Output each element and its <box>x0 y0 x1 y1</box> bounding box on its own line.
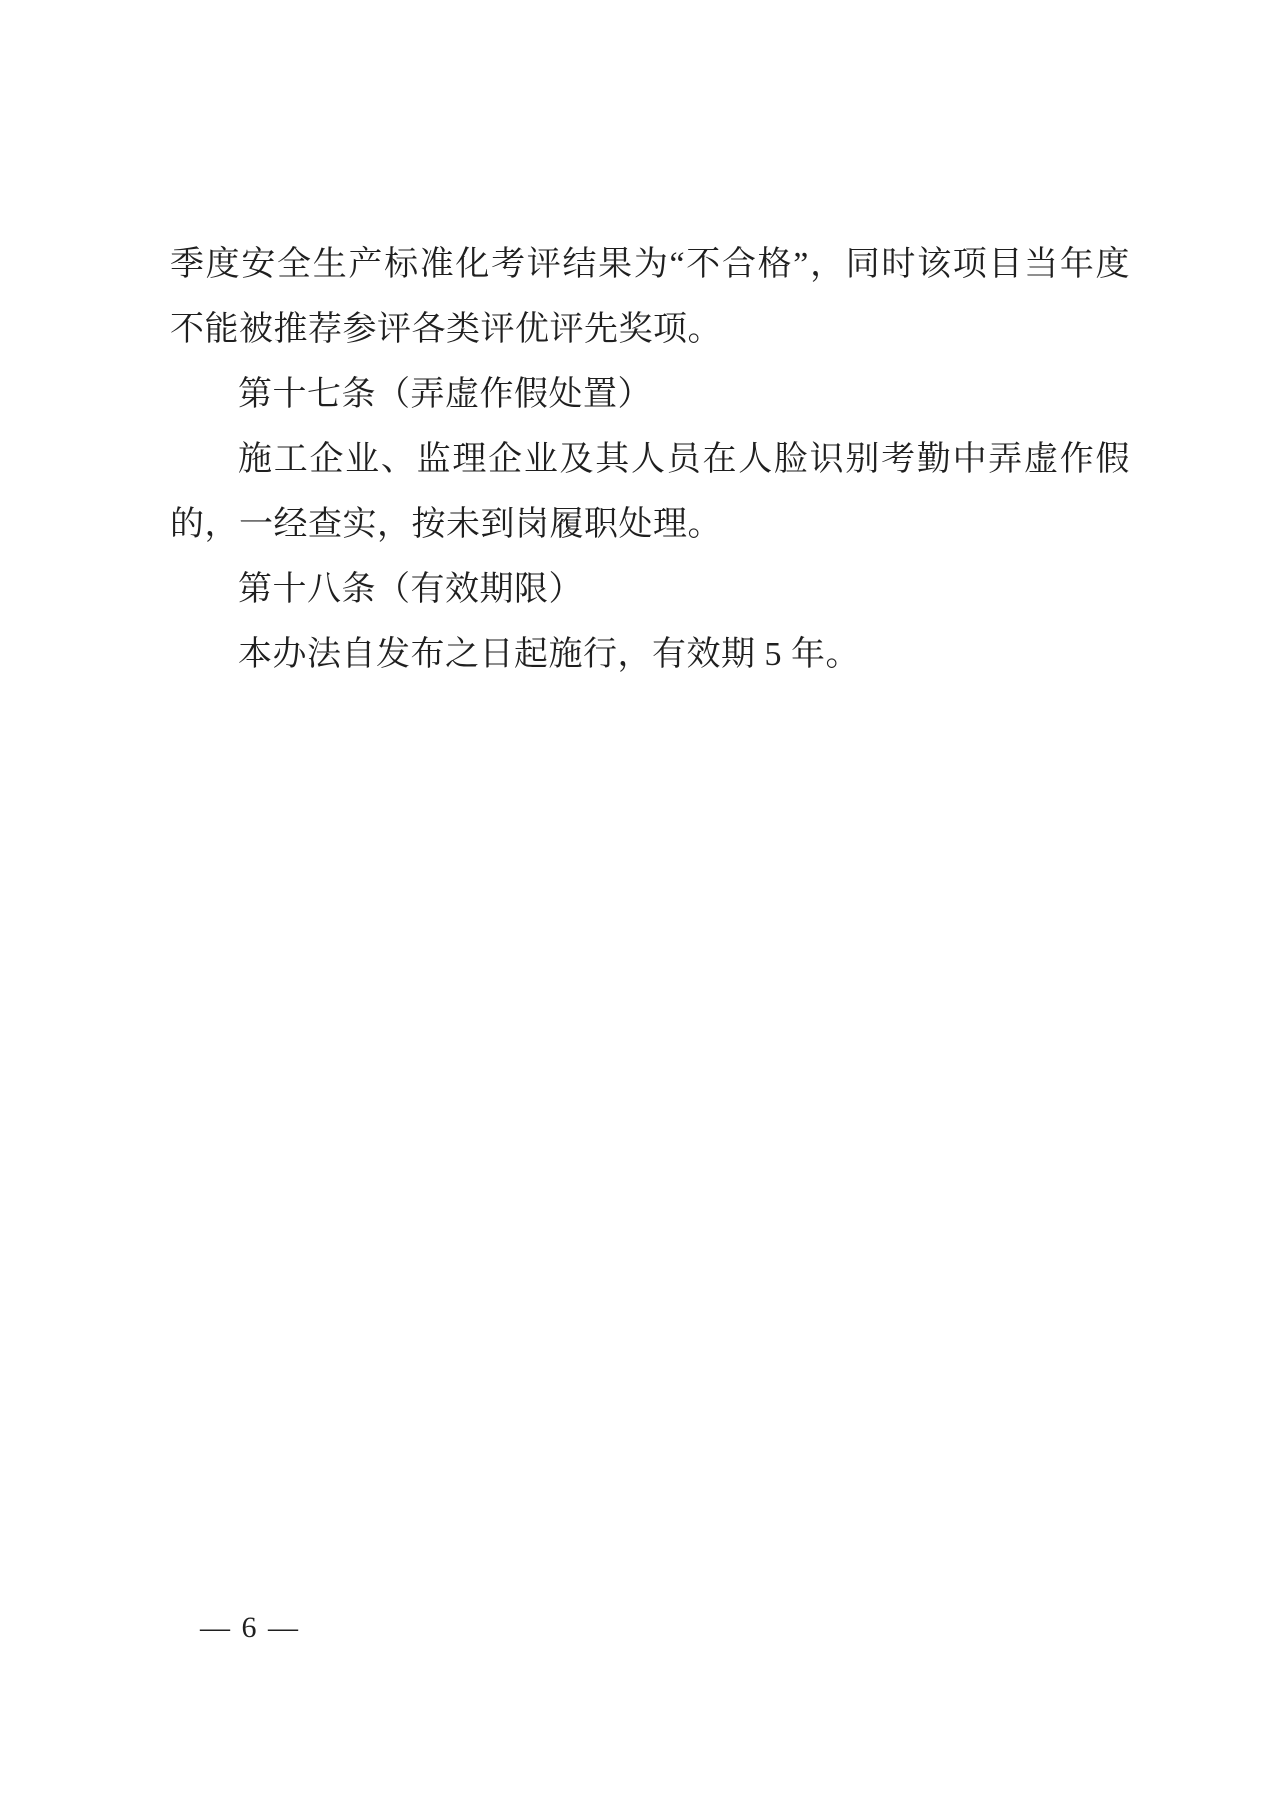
article-18-heading: 第十八条（有效期限） <box>170 557 1130 622</box>
article-18-body: 本办法自发布之日起施行，有效期 5 年。 <box>170 622 1130 687</box>
page-number: — 6 — <box>200 1608 300 1648</box>
article-17-body: 施工企业、监理企业及其人员在人脸识别考勤中弄虚作假的，一经查实，按未到岗履职处理… <box>170 427 1130 557</box>
document-body: 季度安全生产标准化考评结果为“不合格”，同时该项目当年度不能被推荐参评各类评优评… <box>170 232 1130 687</box>
article-17-heading: 第十七条（弄虚作假处置） <box>170 362 1130 427</box>
paragraph-continuation-article-16: 季度安全生产标准化考评结果为“不合格”，同时该项目当年度不能被推荐参评各类评优评… <box>170 232 1130 362</box>
document-page: 季度安全生产标准化考评结果为“不合格”，同时该项目当年度不能被推荐参评各类评优评… <box>0 0 1280 1811</box>
